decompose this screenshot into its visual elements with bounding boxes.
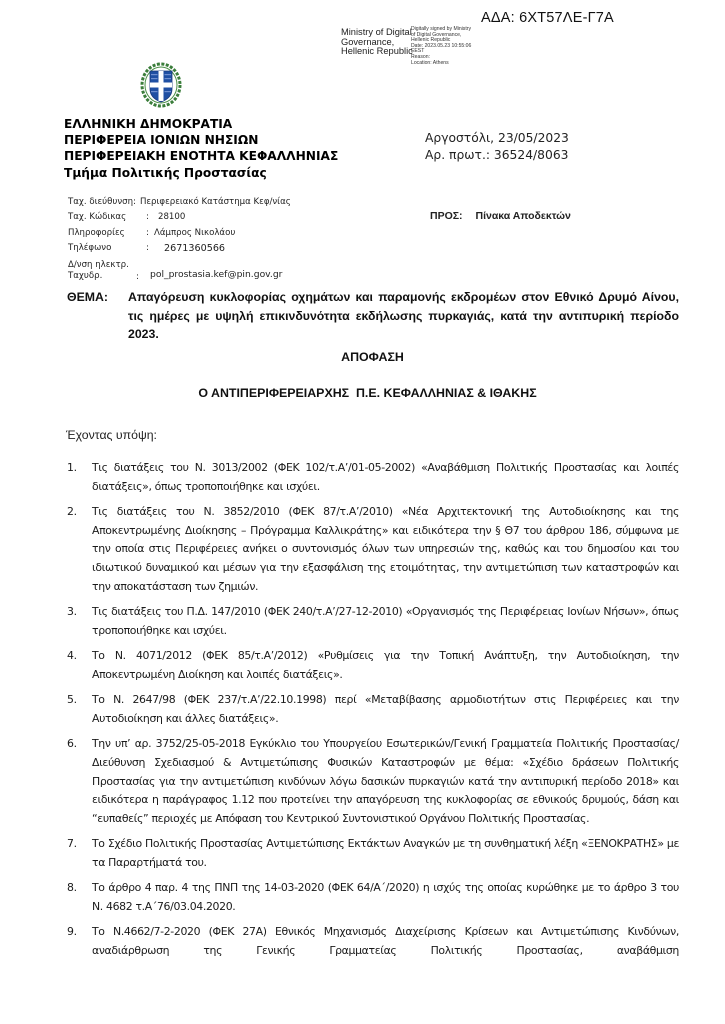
place-date: Αργοστόλι, 23/05/2023 bbox=[425, 130, 569, 147]
decision-title-text: ΑΠΟΦΑΣΗ bbox=[341, 350, 404, 364]
item-text: Τις διατάξεις του Ν. 3852/2010 (ΦΕΚ 87/τ… bbox=[92, 503, 679, 597]
contact-row-phone: Τηλέφωνο : 2671360566 bbox=[68, 241, 291, 257]
item-number: 6. bbox=[67, 735, 92, 829]
item-number: 1. bbox=[67, 459, 92, 496]
contact-row-email: Δ/νση ηλεκτρ. Ταχυδρ. : pol_prostasia.ke… bbox=[68, 256, 291, 282]
considering-heading: Έχοντας υπόψη: bbox=[66, 428, 157, 442]
item-number: 4. bbox=[67, 647, 92, 684]
list-item: 6.Την υπ’ αρ. 3752/25-05-2018 Εγκύκλιο τ… bbox=[67, 735, 679, 829]
contact-row-address: Ταχ. διεύθυνση: Περιφερειακό Κατάστημα Κ… bbox=[68, 194, 291, 210]
item-text: Την υπ’ αρ. 3752/25-05-2018 Εγκύκλιο του… bbox=[92, 735, 679, 829]
signature-organization: Ministry of Digital Governance, Hellenic… bbox=[341, 28, 413, 57]
signature-details: Digitally signed by Ministry of Digital … bbox=[411, 27, 521, 66]
contact-row-info: Πληροφορίες : Λάμπρος Νικολάου bbox=[68, 225, 291, 241]
list-item: 8.Το άρθρο 4 παρ. 4 της ΠΝΠ της 14-03-20… bbox=[67, 879, 679, 916]
signature-detail-line: Location: Athens bbox=[411, 61, 521, 67]
list-item: 9.Το Ν.4662/7-2-2020 (ΦΕΚ 27Α) Εθνικός Μ… bbox=[67, 923, 679, 960]
contact-value: Λάμπρος Νικολάου bbox=[154, 228, 235, 238]
greek-coat-of-arms-icon bbox=[140, 62, 182, 108]
contact-sep: : bbox=[132, 272, 150, 282]
item-text: Το Ν. 4071/2012 (ΦΕΚ 85/τ.Α’/2012) «Ρυθμ… bbox=[92, 647, 679, 684]
contact-value: 28100 bbox=[158, 212, 185, 222]
contact-sep: : bbox=[146, 212, 158, 222]
subject: ΘΕΜΑ: Απαγόρευση κυκλοφορίας οχημάτων κα… bbox=[67, 288, 679, 344]
signature-org-line: Hellenic Republic bbox=[341, 47, 413, 57]
list-item: 4.Το Ν. 4071/2012 (ΦΕΚ 85/τ.Α’/2012) «Ρυ… bbox=[67, 647, 679, 684]
subject-text: Απαγόρευση κυκλοφορίας οχημάτων και παρα… bbox=[128, 288, 679, 344]
contact-label: Δ/νση ηλεκτρ. Ταχυδρ. bbox=[68, 260, 132, 282]
recipients-label: ΠΡΟΣ: bbox=[430, 210, 463, 222]
list-item: 2.Τις διατάξεις του Ν. 3852/2010 (ΦΕΚ 87… bbox=[67, 503, 679, 597]
item-number: 3. bbox=[67, 603, 92, 640]
item-number: 5. bbox=[67, 691, 92, 728]
considerations-list: 1.Τις διατάξεις του Ν. 3013/2002 (ΦΕΚ 10… bbox=[67, 459, 679, 967]
recipients: ΠΡΟΣ: Πίνακα Αποδεκτών bbox=[430, 210, 571, 222]
header-line-regional-unit: ΠΕΡΙΦΕΡΕΙΑΚΗ ΕΝΟΤΗΤΑ ΚΕΦΑΛΛΗΝΙΑΣ bbox=[64, 148, 338, 164]
contact-label: Πληροφορίες bbox=[68, 228, 146, 238]
item-number: 2. bbox=[67, 503, 92, 597]
item-text: Τις διατάξεις του Ν. 3013/2002 (ΦΕΚ 102/… bbox=[92, 459, 679, 496]
item-number: 9. bbox=[67, 923, 92, 960]
item-text: Τις διατάξεις του Π.Δ. 147/2010 (ΦΕΚ 240… bbox=[92, 603, 679, 640]
list-item: 7.Το Σχέδιο Πολιτικής Προστασίας Αντιμετ… bbox=[67, 835, 679, 872]
contact-label: Ταχ. διεύθυνση: bbox=[68, 197, 136, 207]
item-text: Το Ν. 2647/98 (ΦΕΚ 237/τ.Α’/22.10.1998) … bbox=[92, 691, 679, 728]
ada-code: ΑΔΑ: 6ΧΤ57ΛΕ-Γ7Α bbox=[481, 10, 614, 26]
protocol-number: Αρ. πρωτ.: 36524/8063 bbox=[425, 147, 569, 164]
decision-title: ΑΠΟΦΑΣΗ bbox=[0, 350, 725, 364]
header-line-republic: ΕΛΛΗΝΙΚΗ ΔΗΜΟΚΡΑΤΙΑ bbox=[64, 116, 338, 132]
subject-label: ΘΕΜΑ: bbox=[67, 288, 128, 344]
contact-label: Ταχ. Κώδικας bbox=[68, 212, 146, 222]
item-number: 7. bbox=[67, 835, 92, 872]
contact-sep: : bbox=[146, 228, 154, 238]
item-number: 8. bbox=[67, 879, 92, 916]
header-line-department: Τμήμα Πολιτικής Προστασίας bbox=[64, 165, 338, 181]
official-title-text: Ο ΑΝΤΙΠΕΡΙΦΕΡΕΙΑΡΧΗΣ Π.Ε. ΚΕΦΑΛΛΗΝΙΑΣ & … bbox=[198, 386, 536, 400]
header-line-region: ΠΕΡΙΦΕΡΕΙΑ ΙΟΝΙΩΝ ΝΗΣΙΩΝ bbox=[64, 132, 338, 148]
item-text: Το Σχέδιο Πολιτικής Προστασίας Αντιμετώπ… bbox=[92, 835, 679, 872]
recipients-value: Πίνακα Αποδεκτών bbox=[475, 210, 570, 222]
contact-sep: : bbox=[146, 243, 158, 253]
contact-label: Τηλέφωνο bbox=[68, 243, 146, 253]
list-item: 3.Τις διατάξεις του Π.Δ. 147/2010 (ΦΕΚ 2… bbox=[67, 603, 679, 640]
item-text: Το άρθρο 4 παρ. 4 της ΠΝΠ της 14-03-2020… bbox=[92, 879, 679, 916]
list-item: 5.Το Ν. 2647/98 (ΦΕΚ 237/τ.Α’/22.10.1998… bbox=[67, 691, 679, 728]
contact-email[interactable]: pol_prostasia.kef@pin.gov.gr bbox=[150, 269, 282, 282]
contact-value: Περιφερειακό Κατάστημα Κεφ/νίας bbox=[140, 197, 291, 207]
contact-row-postcode: Ταχ. Κώδικας : 28100 bbox=[68, 210, 291, 226]
item-text: Το Ν.4662/7-2-2020 (ΦΕΚ 27Α) Εθνικός Μηχ… bbox=[92, 923, 679, 960]
contact-details: Ταχ. διεύθυνση: Περιφερειακό Κατάστημα Κ… bbox=[68, 194, 291, 282]
official-title: Ο ΑΝΤΙΠΕΡΙΦΕΡΕΙΑΡΧΗΣ Π.Ε. ΚΕΦΑΛΛΗΝΙΑΣ & … bbox=[0, 386, 725, 400]
date-protocol-block: Αργοστόλι, 23/05/2023 Αρ. πρωτ.: 36524/8… bbox=[425, 130, 569, 163]
contact-value: 2671360566 bbox=[158, 243, 225, 254]
issuer-header: ΕΛΛΗΝΙΚΗ ΔΗΜΟΚΡΑΤΙΑ ΠΕΡΙΦΕΡΕΙΑ ΙΟΝΙΩΝ ΝΗ… bbox=[64, 116, 338, 181]
list-item: 1.Τις διατάξεις του Ν. 3013/2002 (ΦΕΚ 10… bbox=[67, 459, 679, 496]
